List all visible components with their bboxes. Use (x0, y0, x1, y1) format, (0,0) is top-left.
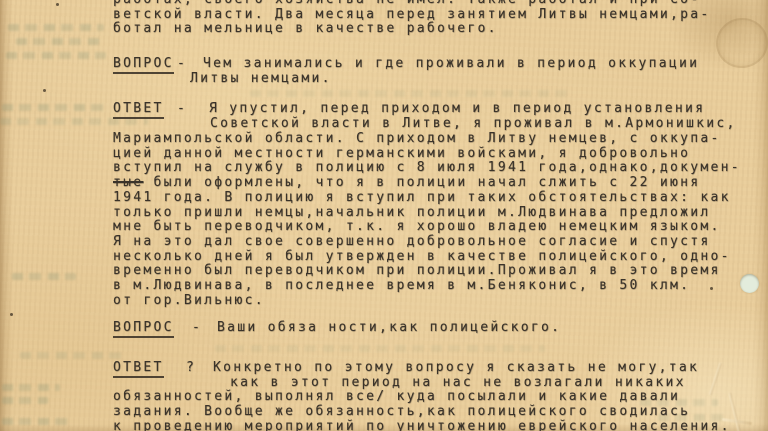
answer-label: ОТВЕТ (113, 102, 164, 119)
bleed-through-text (6, 52, 106, 59)
answer-text-line: только пришли немцы,начальник полиции м.… (113, 206, 710, 220)
question-text-line: Чем занимались и где проживали в период … (203, 57, 699, 71)
ink-speck (56, 3, 59, 6)
answer-text-line: Советской власти в Литве, я проживал в м… (210, 117, 737, 131)
bleed-through-text (0, 118, 148, 125)
ink-speck (10, 313, 13, 316)
bleed-through-text (2, 397, 48, 404)
bleed-through-text (12, 273, 76, 280)
bleed-through-text (2, 104, 106, 111)
answer-text-line: Мариампольской области. С приходом в Лит… (113, 132, 721, 146)
bleed-through-text (20, 352, 124, 359)
bleed-through-text (250, 90, 570, 97)
separator-dash: - (177, 57, 187, 71)
embossed-seal-mark (711, 13, 768, 73)
answer-text-line: задания. Вообще же обязанность,как полиц… (113, 405, 690, 419)
answer-label: ОТВЕТ (113, 361, 164, 378)
scanned-document-page: работах, своего хозяйства не имел. Также… (0, 0, 768, 431)
question-text-line: Ваши обяза ности,как полицейского. (217, 321, 561, 335)
text-line-rest: были оформлены, что я в полиции начал сл… (143, 175, 700, 190)
text-line: ботал на мельнице в качестве рабочего. (113, 22, 498, 36)
answer-text-line: как в этот период на нас не возлагали ни… (230, 376, 686, 390)
ink-speck (43, 89, 46, 92)
answer-text-line: Я упустил, перед приходом и в период уст… (209, 102, 705, 116)
answer-text-line: вступил на службу в полицию с 8 июля 194… (113, 161, 741, 175)
answer-text-line: к проведению мероприятий по уничтожению … (113, 420, 731, 431)
text-line: ветской власти. Два месяца перед занятие… (113, 8, 710, 22)
bleed-through-text (16, 38, 100, 45)
separator-dash: - (192, 321, 202, 335)
text-line: работах, своего хозяйства не имел. Также… (113, 0, 700, 7)
answer-text-line: цией данной местности германскими войска… (113, 147, 690, 161)
separator-dash: - (177, 102, 187, 116)
answer-text-line: в м.Людвинава, в последнее время в м.Бен… (113, 279, 690, 293)
answer-text-line: несколько дней я был утвержден в качеств… (113, 250, 731, 264)
question-label: ВОПРОС (113, 57, 174, 74)
overstruck-word: тые (113, 175, 143, 190)
answer-text-line: от гор.Вильнюс. (113, 294, 265, 308)
answer-text-line: обязанностей, выполнял все/ куда посылал… (113, 390, 680, 404)
paper-crease (709, 362, 722, 395)
answer-text-line: тые были оформлены, что я в полиции нача… (113, 176, 700, 190)
answer-text-line: 1941 года. В полицию я вступил при таких… (113, 191, 731, 205)
ink-speck (710, 287, 713, 290)
answer-text-line: мне быть переводчиком, т.к. я хорошо вла… (113, 220, 721, 234)
bleed-through-text (2, 384, 60, 391)
hole-punch (740, 274, 759, 293)
bleed-through-text (2, 418, 72, 425)
answer-text-line: временно был переводчиком при полиции.Пр… (113, 264, 721, 278)
question-label: ВОПРОС (113, 321, 174, 338)
bleed-through-text (215, 345, 545, 352)
question-text-line: Литвы немцами. (190, 72, 332, 86)
separator-mark: ? (186, 361, 196, 375)
answer-text-line: Я на это дал свое совершенно добровольно… (113, 235, 710, 249)
bleed-through-text (8, 24, 104, 31)
answer-text-line: Конкретно по этому вопросу я сказать не … (213, 361, 699, 375)
